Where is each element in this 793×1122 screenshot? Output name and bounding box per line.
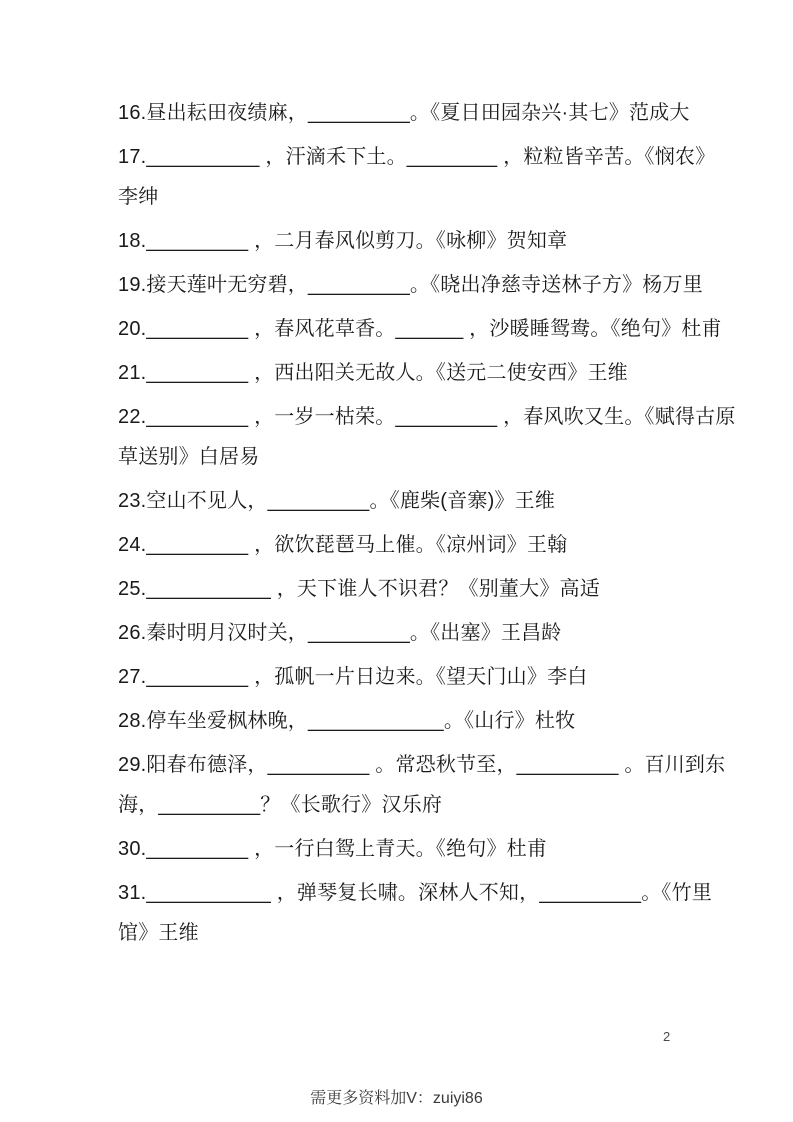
- poem-line: 李绅: [118, 177, 693, 217]
- quiz-item-22: 22._________ ，一岁一枯荣。_________ ，春风吹又生。《赋得…: [118, 397, 693, 477]
- poem-line: 20._________ ，春风花草香。______ ，沙暖睡鸳鸯。《绝句》杜甫: [118, 309, 693, 349]
- quiz-item-31: 31.___________ ，弹琴复长啸。深林人不知，_________。《竹…: [118, 873, 693, 953]
- quiz-item-21: 21._________ ，西出阳关无故人。《送元二使安西》王维: [118, 353, 693, 393]
- poem-line: 21._________ ，西出阳关无故人。《送元二使安西》王维: [118, 353, 693, 393]
- poem-line: 16.昼出耘田夜绩麻，_________。《夏日田园杂兴·其七》范成大: [118, 93, 693, 133]
- page-number: 2: [663, 1028, 670, 1046]
- quiz-item-23: 23.空山不见人，_________。《鹿柴(音寨)》王维: [118, 481, 693, 521]
- quiz-item-25: 25.___________ ，天下谁人不识君？《别董大》高适: [118, 569, 693, 609]
- quiz-item-30: 30._________ ，一行白鸳上青天。《绝句》杜甫: [118, 829, 693, 869]
- poem-line: 17.__________ ，汗滴禾下土。________ ，粒粒皆辛苦。《悯农…: [118, 137, 693, 177]
- poem-line: 馆》王维: [118, 913, 693, 953]
- poem-line: 草送别》白居易: [118, 437, 693, 477]
- poem-line: 22._________ ，一岁一枯荣。_________ ，春风吹又生。《赋得…: [118, 397, 693, 437]
- poem-line: 26.秦时明月汉时关，_________。《出塞》王昌龄: [118, 613, 693, 653]
- poem-line: 28.停车坐爱枫林晚，____________。《山行》杜牧: [118, 701, 693, 741]
- poem-line: 18._________ ，二月春风似剪刀。《咏柳》贺知章: [118, 221, 693, 261]
- poem-line: 19.接天莲叶无穷碧，_________。《晓出净慈寺送林子方》杨万里: [118, 265, 693, 305]
- document-body: 16.昼出耘田夜绩麻，_________。《夏日田园杂兴·其七》范成大 17._…: [118, 93, 693, 957]
- quiz-item-17: 17.__________ ，汗滴禾下土。________ ，粒粒皆辛苦。《悯农…: [118, 137, 693, 217]
- poem-line: 27._________ ，孤帆一片日边来。《望天门山》李白: [118, 657, 693, 697]
- quiz-item-16: 16.昼出耘田夜绩麻，_________。《夏日田园杂兴·其七》范成大: [118, 93, 693, 133]
- quiz-item-28: 28.停车坐爱枫林晚，____________。《山行》杜牧: [118, 701, 693, 741]
- footer-contact-text: 需更多资料加V：zuiyi86: [0, 1088, 793, 1110]
- quiz-item-20: 20._________ ，春风花草香。______ ，沙暖睡鸳鸯。《绝句》杜甫: [118, 309, 693, 349]
- poem-line: 24._________ ，欲饮琵琶马上催。《凉州词》王翰: [118, 525, 693, 565]
- poem-line: 30._________ ，一行白鸳上青天。《绝句》杜甫: [118, 829, 693, 869]
- quiz-item-26: 26.秦时明月汉时关，_________。《出塞》王昌龄: [118, 613, 693, 653]
- poem-line: 23.空山不见人，_________。《鹿柴(音寨)》王维: [118, 481, 693, 521]
- poem-line: 29.阳春布德泽，_________ 。常恐秋节至，_________ 。百川到…: [118, 745, 693, 785]
- quiz-item-29: 29.阳春布德泽，_________ 。常恐秋节至，_________ 。百川到…: [118, 745, 693, 825]
- quiz-item-27: 27._________ ，孤帆一片日边来。《望天门山》李白: [118, 657, 693, 697]
- quiz-item-18: 18._________ ，二月春风似剪刀。《咏柳》贺知章: [118, 221, 693, 261]
- poem-line: 25.___________ ，天下谁人不识君？《别董大》高适: [118, 569, 693, 609]
- document-page: 16.昼出耘田夜绩麻，_________。《夏日田园杂兴·其七》范成大 17._…: [0, 0, 793, 1122]
- quiz-item-24: 24._________ ，欲饮琵琶马上催。《凉州词》王翰: [118, 525, 693, 565]
- poem-line: 海，_________？《长歌行》汉乐府: [118, 785, 693, 825]
- quiz-item-19: 19.接天莲叶无穷碧，_________。《晓出净慈寺送林子方》杨万里: [118, 265, 693, 305]
- poem-line: 31.___________ ，弹琴复长啸。深林人不知，_________。《竹…: [118, 873, 693, 913]
